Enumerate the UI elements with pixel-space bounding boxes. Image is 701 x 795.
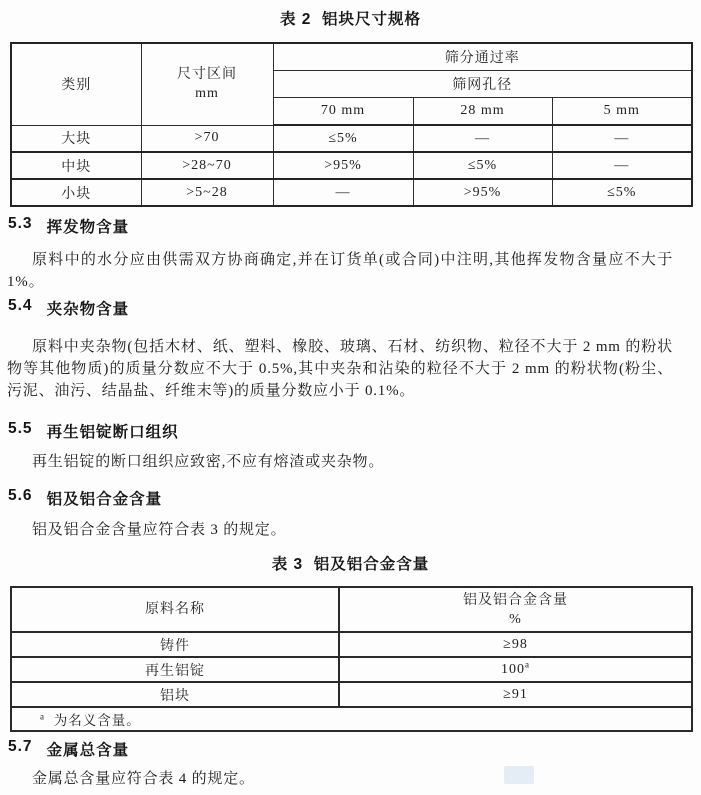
section-heading-5-6: 5.6 铝及铝合金含量 — [8, 487, 162, 509]
t2-mesh-70-header: 70 mm — [273, 98, 413, 126]
section-title: 再生铝锭断口组织 — [47, 420, 179, 442]
t2-col-size-header: 尺寸区间 mm — [141, 43, 273, 125]
section-heading-5-4: 5.4 夹杂物含量 — [8, 297, 129, 319]
section-number: 5.3 — [8, 215, 33, 237]
table-row: 铸件 ≥98 — [11, 632, 692, 657]
t3-footnote: a 为名义含量。 — [11, 707, 692, 731]
t2-r2-category: 小块 — [11, 179, 141, 206]
t2-r2-range: >5~28 — [141, 179, 273, 206]
t3-r2-value: ≥91 — [339, 682, 692, 707]
section-body-5-6: 铝及铝合金含量应符合表 3 的规定。 — [7, 519, 673, 541]
t2-size-label: 尺寸区间 — [142, 65, 273, 84]
table2-header-row1: 类别 尺寸区间 mm 筛分通过率 — [11, 43, 692, 71]
t2-col-category-header: 类别 — [11, 43, 141, 125]
t2-r0-category: 大块 — [11, 125, 141, 152]
t2-r1-pass5: — — [552, 152, 692, 179]
section-body-5-3: 原料中的水分应由供需双方协商确定,并在订货单(或合同)中注明,其他挥发物含量应不… — [7, 249, 673, 293]
table3-footnote-row: a 为名义含量。 — [11, 707, 692, 731]
t2-r0-pass5: — — [552, 125, 692, 152]
t3-name-header: 原料名称 — [11, 587, 339, 632]
section-heading-5-5: 5.5 再生铝锭断口组织 — [8, 420, 179, 442]
t3-content-header-line2: % — [340, 610, 691, 629]
t2-r2-pass70: — — [273, 179, 413, 206]
section-title: 夹杂物含量 — [47, 297, 130, 319]
t2-mesh-5-header: 5 mm — [552, 98, 692, 126]
section-number: 5.6 — [8, 487, 33, 509]
t2-pass-rate-group-header: 筛分通过率 — [273, 43, 692, 71]
section-body-5-5: 再生铝锭的断口组织应致密,不应有熔渣或夹杂物。 — [7, 451, 673, 473]
t2-mesh-group-header: 筛网孔径 — [273, 71, 692, 98]
t3-r1-name: 再生铝锭 — [11, 657, 339, 682]
t2-r1-category: 中块 — [11, 152, 141, 179]
table-row: 小块 >5~28 — >95% ≤5% — [11, 179, 692, 206]
section-title: 金属总含量 — [47, 738, 130, 760]
t2-r1-pass70: >95% — [273, 152, 413, 179]
t3-r1-value: 100a — [339, 657, 692, 682]
cell-value: ≥98 — [503, 637, 528, 652]
cell-superscript: a — [525, 659, 530, 669]
table3-header-row: 原料名称 铝及铝合金含量 % — [11, 587, 692, 632]
t2-r0-range: >70 — [141, 125, 273, 152]
t2-mesh-28-header: 28 mm — [413, 98, 552, 126]
table3-title: 表 3 铝及铝合金含量 — [0, 552, 701, 574]
t3-r0-name: 铸件 — [11, 632, 339, 657]
t3-r0-value: ≥98 — [339, 632, 692, 657]
footnote-text: 为名义含量。 — [54, 713, 141, 728]
t2-r0-pass28: — — [413, 125, 552, 152]
t2-r1-pass28: ≤5% — [413, 152, 552, 179]
t2-r2-pass28: >95% — [413, 179, 552, 206]
section-title: 铝及铝合金含量 — [47, 487, 163, 509]
standard-document-page: 表 2 铝块尺寸规格 类别 尺寸区间 mm 筛分通过率 筛网孔径 70 mm 2… — [0, 0, 701, 795]
cell-value: 100 — [501, 662, 525, 677]
t3-content-header: 铝及铝合金含量 % — [339, 587, 692, 632]
section-body-5-7: 金属总含量应符合表 4 的规定。 — [7, 768, 673, 790]
t3-content-header-line1: 铝及铝合金含量 — [340, 591, 691, 610]
table3-al-content: 原料名称 铝及铝合金含量 % 铸件 ≥98 再生铝锭 100a 铝块 ≥91 a — [10, 586, 693, 732]
section-number: 5.4 — [8, 297, 33, 319]
t2-r0-pass70: ≤5% — [273, 125, 413, 152]
section-title: 挥发物含量 — [47, 215, 130, 237]
t2-r1-range: >28~70 — [141, 152, 273, 179]
table-row: 再生铝锭 100a — [11, 657, 692, 682]
table-row: 中块 >28~70 >95% ≤5% — — [11, 152, 692, 179]
section-number: 5.7 — [8, 738, 33, 760]
footnote-superscript: a — [40, 712, 45, 722]
table2-title: 表 2 铝块尺寸规格 — [0, 7, 701, 29]
t2-r2-pass5: ≤5% — [552, 179, 692, 206]
watermark-badge — [504, 766, 534, 784]
section-number: 5.5 — [8, 420, 33, 442]
section-body-5-4: 原料中夹杂物(包括木材、纸、塑料、橡胶、玻璃、石材、纺织物、粒径不大于 2 mm… — [7, 336, 673, 402]
table-row: 铝块 ≥91 — [11, 682, 692, 707]
section-heading-5-7: 5.7 金属总含量 — [8, 738, 129, 760]
t2-size-unit: mm — [142, 84, 273, 103]
table-row: 大块 >70 ≤5% — — — [11, 125, 692, 152]
section-heading-5-3: 5.3 挥发物含量 — [8, 215, 129, 237]
cell-value: ≥91 — [503, 687, 528, 702]
table2-size-spec: 类别 尺寸区间 mm 筛分通过率 筛网孔径 70 mm 28 mm 5 mm 大… — [10, 42, 693, 207]
t3-r2-name: 铝块 — [11, 682, 339, 707]
